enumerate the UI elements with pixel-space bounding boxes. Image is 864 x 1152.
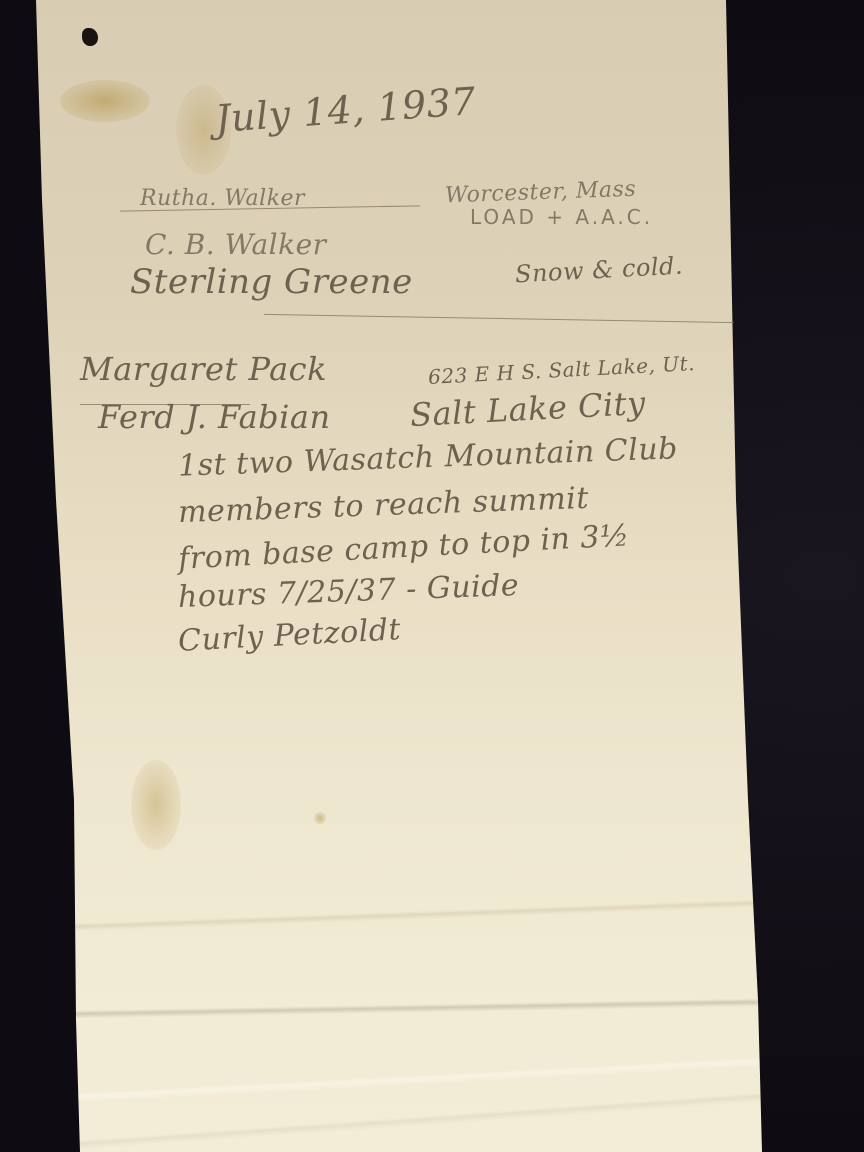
entry-affiliation: LOAD + A.A.C. [470,205,653,229]
entry-name: Ferd J. Fabian [98,398,331,436]
entry-name: C. B. Walker [145,228,327,261]
paper-hole [82,28,98,46]
entry-name: Sterling Greene [130,262,413,302]
entry-name: Margaret Pack [80,350,327,388]
water-stain [60,80,150,122]
water-stain [314,812,326,824]
water-stain [131,760,181,850]
